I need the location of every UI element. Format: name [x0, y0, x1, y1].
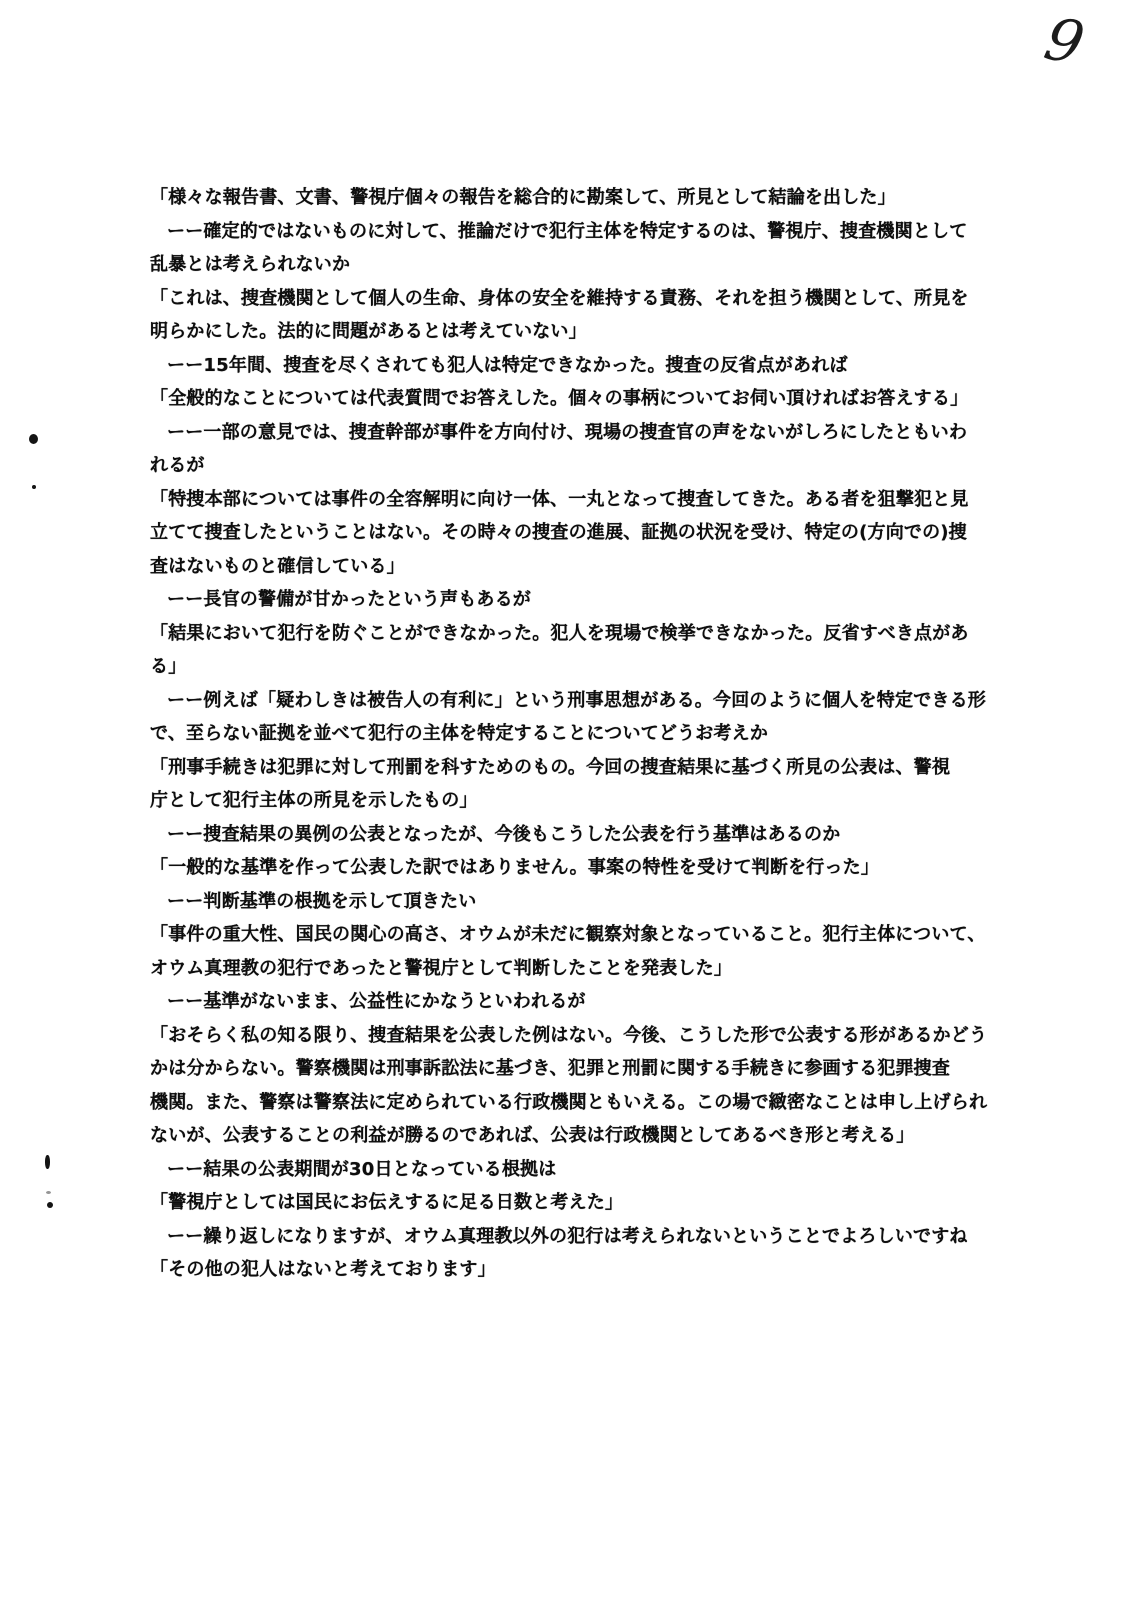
- transcript-line: 「一般的な基準を作って公表した訳ではありません。事案の特性を受けて判断を行った」: [150, 851, 1000, 885]
- transcript-line: 乱暴とは考えられないか: [150, 248, 1000, 282]
- transcript-line: 庁として犯行主体の所見を示したもの」: [150, 784, 1000, 818]
- transcript-line: かは分からない。警察機関は刑事訴訟法に基づき、犯罪と刑罰に関する手続きに参画する…: [150, 1052, 1000, 1086]
- transcript-line: 「その他の犯人はないと考えております」: [150, 1253, 1000, 1287]
- transcript-line: ーー判断基準の根拠を示して頂きたい: [150, 885, 1000, 919]
- ink-speck: [32, 485, 36, 489]
- transcript-line: る」: [150, 650, 1000, 684]
- ink-speck: [29, 434, 38, 444]
- transcript-line: 「これは、捜査機関として個人の生命、身体の安全を維持する責務、それを担う機関とし…: [150, 282, 1000, 316]
- transcript-line: ないが、公表することの利益が勝るのであれば、公表は行政機関としてあるべき形と考え…: [150, 1119, 1000, 1153]
- transcript-line: 「警視庁としては国民にお伝えするに足る日数と考えた」: [150, 1186, 1000, 1220]
- transcript-line: 明らかにした。法的に問題があるとは考えていない」: [150, 315, 1000, 349]
- transcript-line: 「事件の重大性、国民の関心の高さ、オウムが未だに観察対象となっていること。犯行主…: [150, 918, 1000, 952]
- transcript-line: 「おそらく私の知る限り、捜査結果を公表した例はない。今後、こうした形で公表する形…: [150, 1019, 1000, 1053]
- transcript-line: 「全般的なことについては代表質問でお答えした。個々の事柄についてお伺い頂ければお…: [150, 382, 1000, 416]
- transcript-line: れるが: [150, 449, 1000, 483]
- transcript-line: 機関。また、警察は警察法に定められている行政機関ともいえる。この場で緻密なことは…: [150, 1086, 1000, 1120]
- scanned-page: 9 「様々な報告書、文書、警視庁個々の報告を総合的に勘案して、所見として結論を出…: [0, 0, 1134, 1600]
- transcript-line: 「刑事手続きは犯罪に対して刑罰を科すためのもの。今回の捜査結果に基づく所見の公表…: [150, 751, 1000, 785]
- transcript-line: 査はないものと確信している」: [150, 550, 1000, 584]
- interview-transcript: 「様々な報告書、文書、警視庁個々の報告を総合的に勘案して、所見として結論を出した…: [150, 181, 1000, 1287]
- transcript-line: ーー結果の公表期間が30日となっている根拠は: [150, 1153, 1000, 1187]
- transcript-line: 「結果において犯行を防ぐことができなかった。犯人を現場で検挙できなかった。反省す…: [150, 617, 1000, 651]
- ink-speck: [47, 1202, 53, 1208]
- transcript-line: ーー繰り返しになりますが、オウム真理教以外の犯行は考えられないということでよろし…: [150, 1220, 1000, 1254]
- transcript-line: 「様々な報告書、文書、警視庁個々の報告を総合的に勘案して、所見として結論を出した…: [150, 181, 1000, 215]
- transcript-line: ーー例えば「疑わしきは被告人の有利に」という刑事思想がある。今回のように個人を特…: [150, 684, 1000, 718]
- transcript-line: ーー長官の警備が甘かったという声もあるが: [150, 583, 1000, 617]
- transcript-line: ーー基準がないまま、公益性にかなうといわれるが: [150, 985, 1000, 1019]
- ink-speck: [45, 1155, 50, 1169]
- transcript-line: で、至らない証拠を並べて犯行の主体を特定することについてどうお考えか: [150, 717, 1000, 751]
- transcript-line: 立てて捜査したということはない。その時々の捜査の進展、証拠の状況を受け、特定の(…: [150, 516, 1000, 550]
- transcript-line: ーー捜査結果の異例の公表となったが、今後もこうした公表を行う基準はあるのか: [150, 818, 1000, 852]
- transcript-line: ーー15年間、捜査を尽くされても犯人は特定できなかった。捜査の反省点があれば: [150, 349, 1000, 383]
- handwritten-page-number: 9: [1040, 10, 1090, 72]
- transcript-line: 「特捜本部については事件の全容解明に向け一体、一丸となって捜査してきた。ある者を…: [150, 483, 1000, 517]
- ink-speck: [46, 1191, 51, 1194]
- transcript-line: ーー一部の意見では、捜査幹部が事件を方向付け、現場の捜査官の声をないがしろにした…: [150, 416, 1000, 450]
- transcript-line: オウム真理教の犯行であったと警視庁として判断したことを発表した」: [150, 952, 1000, 986]
- transcript-line: ーー確定的ではないものに対して、推論だけで犯行主体を特定するのは、警視庁、捜査機…: [150, 215, 1000, 249]
